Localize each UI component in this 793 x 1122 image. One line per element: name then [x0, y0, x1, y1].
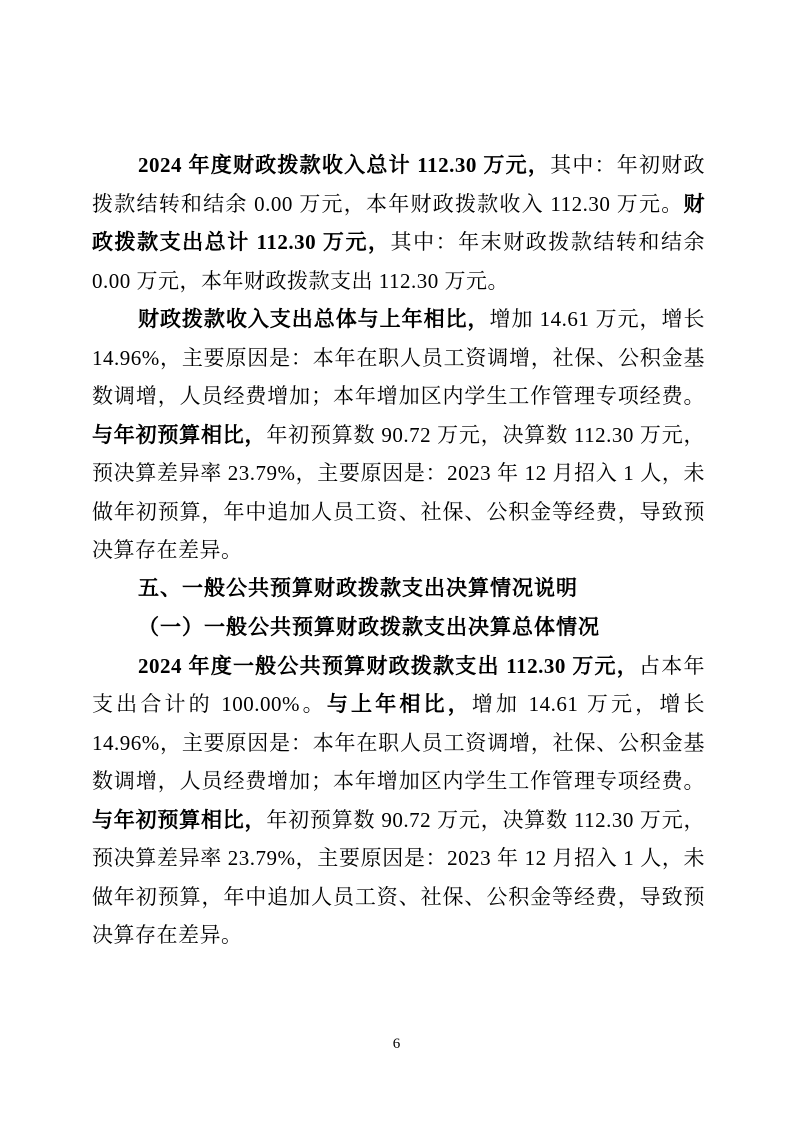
text-segment: 与上年相比， [327, 692, 472, 716]
paragraph-fiscal-appropriation-comparison: 财政拨款收入支出总体与上年相比，增加 14.61 万元，增长 14.96%，主要… [92, 300, 705, 570]
text-segment: 2024 年度一般公共预算财政拨款支出 112.30 万元， [138, 654, 639, 678]
paragraph-fiscal-appropriation-totals: 2024 年度财政拨款收入总计 112.30 万元，其中：年初财政拨款结转和结余… [92, 146, 705, 300]
text-segment: （一）一般公共预算财政拨款支出决算总体情况 [138, 615, 600, 639]
text-segment: 与年初预算相比， [92, 808, 266, 832]
text-segment: 财政拨款收入支出总体与上年相比， [138, 307, 490, 331]
document-page: 2024 年度财政拨款收入总计 112.30 万元，其中：年初财政拨款结转和结余… [0, 0, 793, 1122]
text-segment: 与年初预算相比， [92, 423, 266, 447]
text-segment: 五、一般公共预算财政拨款支出决算情况说明 [138, 577, 578, 600]
paragraph-general-public-budget-expenditure: 2024 年度一般公共预算财政拨款支出 112.30 万元，占本年支出合计的 1… [92, 647, 705, 955]
heading-subsection-one: （一）一般公共预算财政拨款支出决算总体情况 [92, 608, 705, 647]
heading-section-five: 五、一般公共预算财政拨款支出决算情况说明 [92, 570, 705, 609]
page-number: 6 [0, 1036, 793, 1053]
text-segment: 2024 年度财政拨款收入总计 112.30 万元， [138, 153, 550, 177]
document-body: 2024 年度财政拨款收入总计 112.30 万元，其中：年初财政拨款结转和结余… [92, 146, 705, 955]
